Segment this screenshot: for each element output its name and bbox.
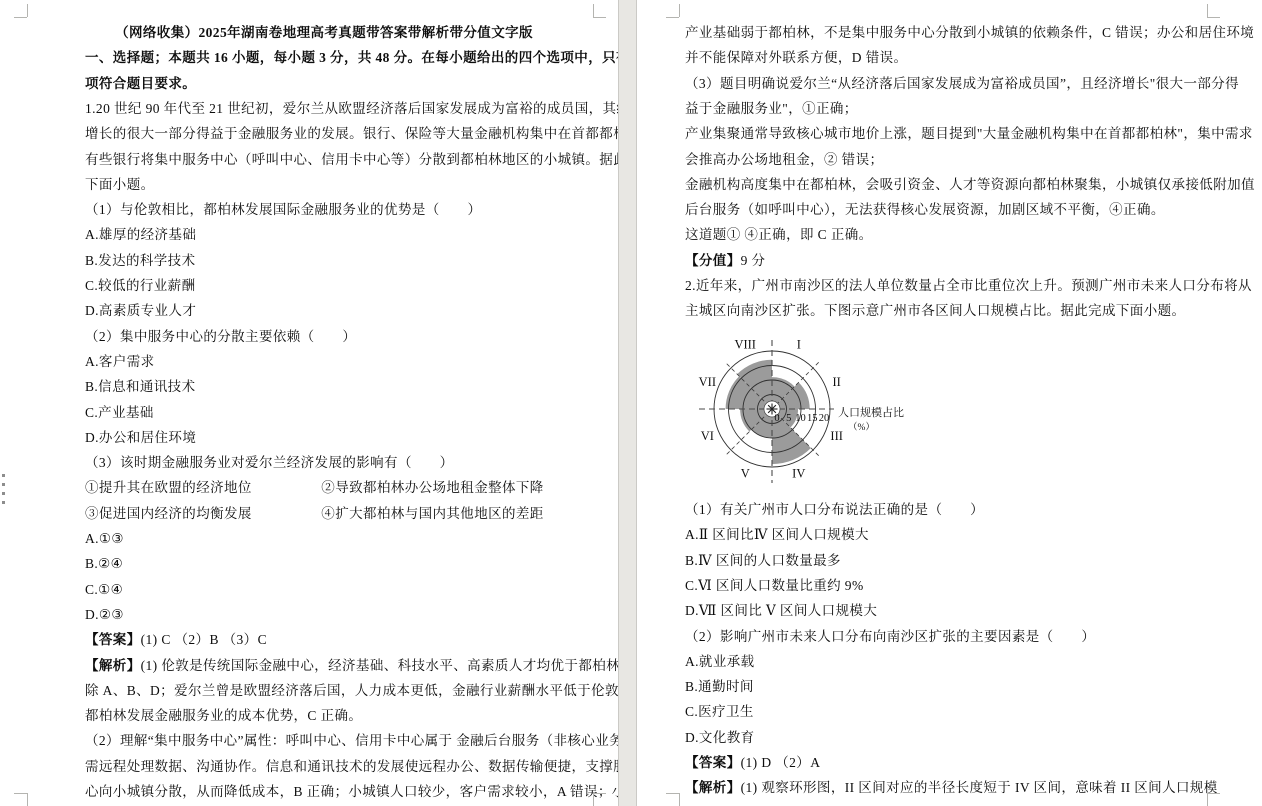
text-line: B.②④ bbox=[85, 551, 123, 576]
text-line: C.医疗卫生 bbox=[685, 699, 754, 724]
text-line: 1.20 世纪 90 年代至 21 世纪初，爱尔兰从欧盟经济落后国家发展成为富裕… bbox=[85, 96, 644, 121]
text-line: 除 A、B、D；爱尔兰曾是欧盟经济落后国，人力成本更低，金融行业薪酬水平低于伦敦… bbox=[85, 678, 661, 703]
text-line: 【分值】9 分 bbox=[685, 248, 765, 273]
left-edge-drag-handle[interactable] bbox=[2, 474, 8, 510]
text-line: C.产业基础 bbox=[85, 400, 154, 425]
text-line: A.客户需求 bbox=[85, 349, 155, 374]
text-line: B.发达的科学技术 bbox=[85, 248, 195, 273]
text-line: A.①③ bbox=[85, 526, 124, 551]
text-line: C.①④ bbox=[85, 577, 123, 602]
tick-label-20: 20 bbox=[819, 413, 830, 424]
text-line: D.办公和居住环境 bbox=[85, 425, 196, 450]
text-line: A.Ⅱ 区间比Ⅳ 区间人口规模大 bbox=[685, 522, 869, 547]
tick-label-0: 0 bbox=[774, 413, 779, 424]
text-line: D.Ⅶ 区间比 Ⅴ 区间人口规模大 bbox=[685, 598, 877, 623]
text-line: 项符合题目要求。 bbox=[85, 71, 196, 96]
text-line: 会推高办公场地租金，② 错误； bbox=[685, 147, 883, 172]
sector-label-IV: IV bbox=[792, 467, 805, 481]
crop-mark bbox=[679, 4, 680, 17]
text-line: B.Ⅳ 区间的人口数量最多 bbox=[685, 548, 841, 573]
crop-mark bbox=[14, 17, 27, 18]
crop-mark bbox=[593, 793, 594, 806]
text-line: 【解析】(1) 观察环形图，II 区间对应的半径长度短于 IV 区间，意味着 I… bbox=[685, 775, 1218, 800]
sector-label-VI: VI bbox=[701, 429, 714, 443]
sector-label-V: V bbox=[741, 467, 750, 481]
page-gap-divider bbox=[618, 0, 637, 806]
text-line: 下面小题。 bbox=[85, 172, 155, 197]
text-line: 心向小城镇分散，从而降低成本，B 正确；小城镇人口较少，客户需求较小，A 错误；… bbox=[85, 779, 653, 804]
text-line: ①提升其在欧盟的经济地位 ②导致都柏林办公场地租金整体下降 bbox=[85, 475, 544, 500]
text-line: 【答案】(1) D （2）A bbox=[685, 750, 820, 775]
text-line: 2.近年来，广州市南沙区的法人单位数量占全市比重位次上升。预测广州市未来人口分布… bbox=[685, 273, 1252, 298]
text-line: 需远程处理数据、沟通协作。信息和通讯技术的发展使远程办公、数据传输便捷，支撑服务… bbox=[85, 754, 655, 779]
sector-label-I: I bbox=[797, 337, 801, 351]
radial-axis-label: 人口规模占比 bbox=[838, 405, 904, 419]
text-line: 这道题① ④正确，即 C 正确。 bbox=[685, 222, 873, 247]
crop-mark bbox=[1207, 793, 1220, 794]
text-line: A.雄厚的经济基础 bbox=[85, 222, 196, 247]
text-line: ③促进国内经济的均衡发展 ④扩大都柏林与国内其他地区的差距 bbox=[85, 501, 544, 526]
handle-dot bbox=[2, 474, 5, 477]
text-line: D.高素质专业人才 bbox=[85, 298, 196, 323]
text-line: 主城区向南沙区扩张。下图示意广州市各区间人口规模占比。据此完成下面小题。 bbox=[685, 298, 1185, 323]
text-line: 一、选择题；本题共 16 小题，每小题 3 分，共 48 分。在每小题给出的四个… bbox=[85, 45, 644, 70]
text-line: C.Ⅵ 区间人口数量比重约 9% bbox=[685, 573, 864, 598]
crop-mark bbox=[14, 793, 27, 794]
text-line: 【解析】(1) 伦敦是传统国际金融中心，经济基础、科技水平、高素质人才均优于都柏… bbox=[85, 653, 648, 678]
crop-mark bbox=[1207, 4, 1208, 17]
tick-label-15: 15 bbox=[807, 413, 818, 424]
text-line: （3）题目明确说爱尔兰“从经济落后国家发展成为富裕成员国”，且经济增长"很大一部… bbox=[685, 71, 1239, 96]
text-line: A.就业承载 bbox=[685, 649, 755, 674]
left-page: （网络收集）2025年湖南卷地理高考真题带答案带解析带分值文字版一、选择题；本题… bbox=[0, 0, 618, 806]
crop-mark bbox=[679, 793, 680, 806]
crop-mark bbox=[666, 793, 679, 794]
text-line: （1）与伦敦相比，都柏林发展国际金融服务业的优势是（ ） bbox=[85, 197, 481, 222]
text-line: B.信息和通讯技术 bbox=[85, 374, 195, 399]
text-line: （2）影响广州市未来人口分布向南沙区扩张的主要因素是（ ） bbox=[685, 624, 1095, 649]
handle-dot bbox=[2, 501, 5, 504]
text-line: （3）该时期金融服务业对爱尔兰经济发展的影响有（ ） bbox=[85, 450, 454, 475]
crop-mark bbox=[666, 17, 679, 18]
text-line: C.较低的行业薪酬 bbox=[85, 273, 195, 298]
text-line: B.通勤时间 bbox=[685, 674, 754, 699]
tick-label-5: 5 bbox=[786, 413, 791, 424]
population-polar-chart-svg: 05101520人口规模占比（%）IIIIIIIVVVIVIIVIII bbox=[665, 327, 965, 495]
crop-mark bbox=[593, 793, 606, 794]
crop-mark bbox=[1207, 17, 1220, 18]
crop-mark bbox=[1207, 793, 1208, 806]
text-line: 后台服务（如呼叫中心），无法获得核心发展资源，加剧区域不平衡，④正确。 bbox=[685, 197, 1165, 222]
text-line: 金融机构高度集中在都柏林，会吸引资金、人才等资源向都柏林聚集，小城镇仅承接低附加… bbox=[685, 172, 1255, 197]
text-line: （2）集中服务中心的分散主要依赖（ ） bbox=[85, 324, 356, 349]
text-line: 有些银行将集中服务中心（呼叫中心、信用卡中心等）分散到都柏林地区的小城镇。据此完… bbox=[85, 147, 655, 172]
crop-mark bbox=[593, 17, 606, 18]
crop-mark bbox=[27, 793, 28, 806]
text-line: 都柏林发展金融服务业的成本优势，C 正确。 bbox=[85, 703, 362, 728]
text-line: 增长的很大一部分得益于金融服务业的发展。银行、保险等大量金融机构集中在首都都柏林… bbox=[85, 121, 655, 146]
right-page: 05101520人口规模占比（%）IIIIIIIVVVIVIIVIII 产业基础… bbox=[637, 0, 1262, 806]
population-polar-chart: 05101520人口规模占比（%）IIIIIIIVVVIVIIVIII bbox=[665, 327, 965, 495]
text-line: （网络收集）2025年湖南卷地理高考真题带答案带解析带分值文字版 bbox=[85, 20, 563, 45]
handle-dot bbox=[2, 483, 5, 486]
tick-label-10: 10 bbox=[795, 413, 806, 424]
text-line: （1）有关广州市人口分布说法正确的是（ ） bbox=[685, 497, 984, 522]
sector-label-III: III bbox=[830, 429, 843, 443]
text-line: 益于金融服务业"，①正确； bbox=[685, 96, 858, 121]
text-line: 产业基础弱于都柏林，不是集中服务中心分散到小城镇的依赖条件，C 错误；办公和居住… bbox=[685, 20, 1254, 45]
text-line: （2）理解“集中服务中心”属性：呼叫中心、信用卡中心属于 金融后台服务（非核心业… bbox=[85, 728, 644, 753]
radial-axis-unit: （%） bbox=[848, 422, 875, 433]
crop-mark bbox=[27, 4, 28, 17]
text-line: 并不能保障对外联系方便，D 错误。 bbox=[685, 45, 907, 70]
text-line: 产业集聚通常导致核心城市地价上涨，题目提到"大量金融机构集中在首都都柏林"，集中… bbox=[685, 121, 1253, 146]
text-line: D.文化教育 bbox=[685, 725, 755, 750]
text-line: 【答案】(1) C （2）B （3）C bbox=[85, 627, 267, 652]
sector-label-VII: VII bbox=[699, 375, 716, 389]
handle-dot bbox=[2, 492, 5, 495]
sector-label-II: II bbox=[833, 375, 841, 389]
sector-label-VIII: VIII bbox=[734, 337, 756, 351]
text-line: D.②③ bbox=[85, 602, 124, 627]
crop-mark bbox=[593, 4, 594, 17]
